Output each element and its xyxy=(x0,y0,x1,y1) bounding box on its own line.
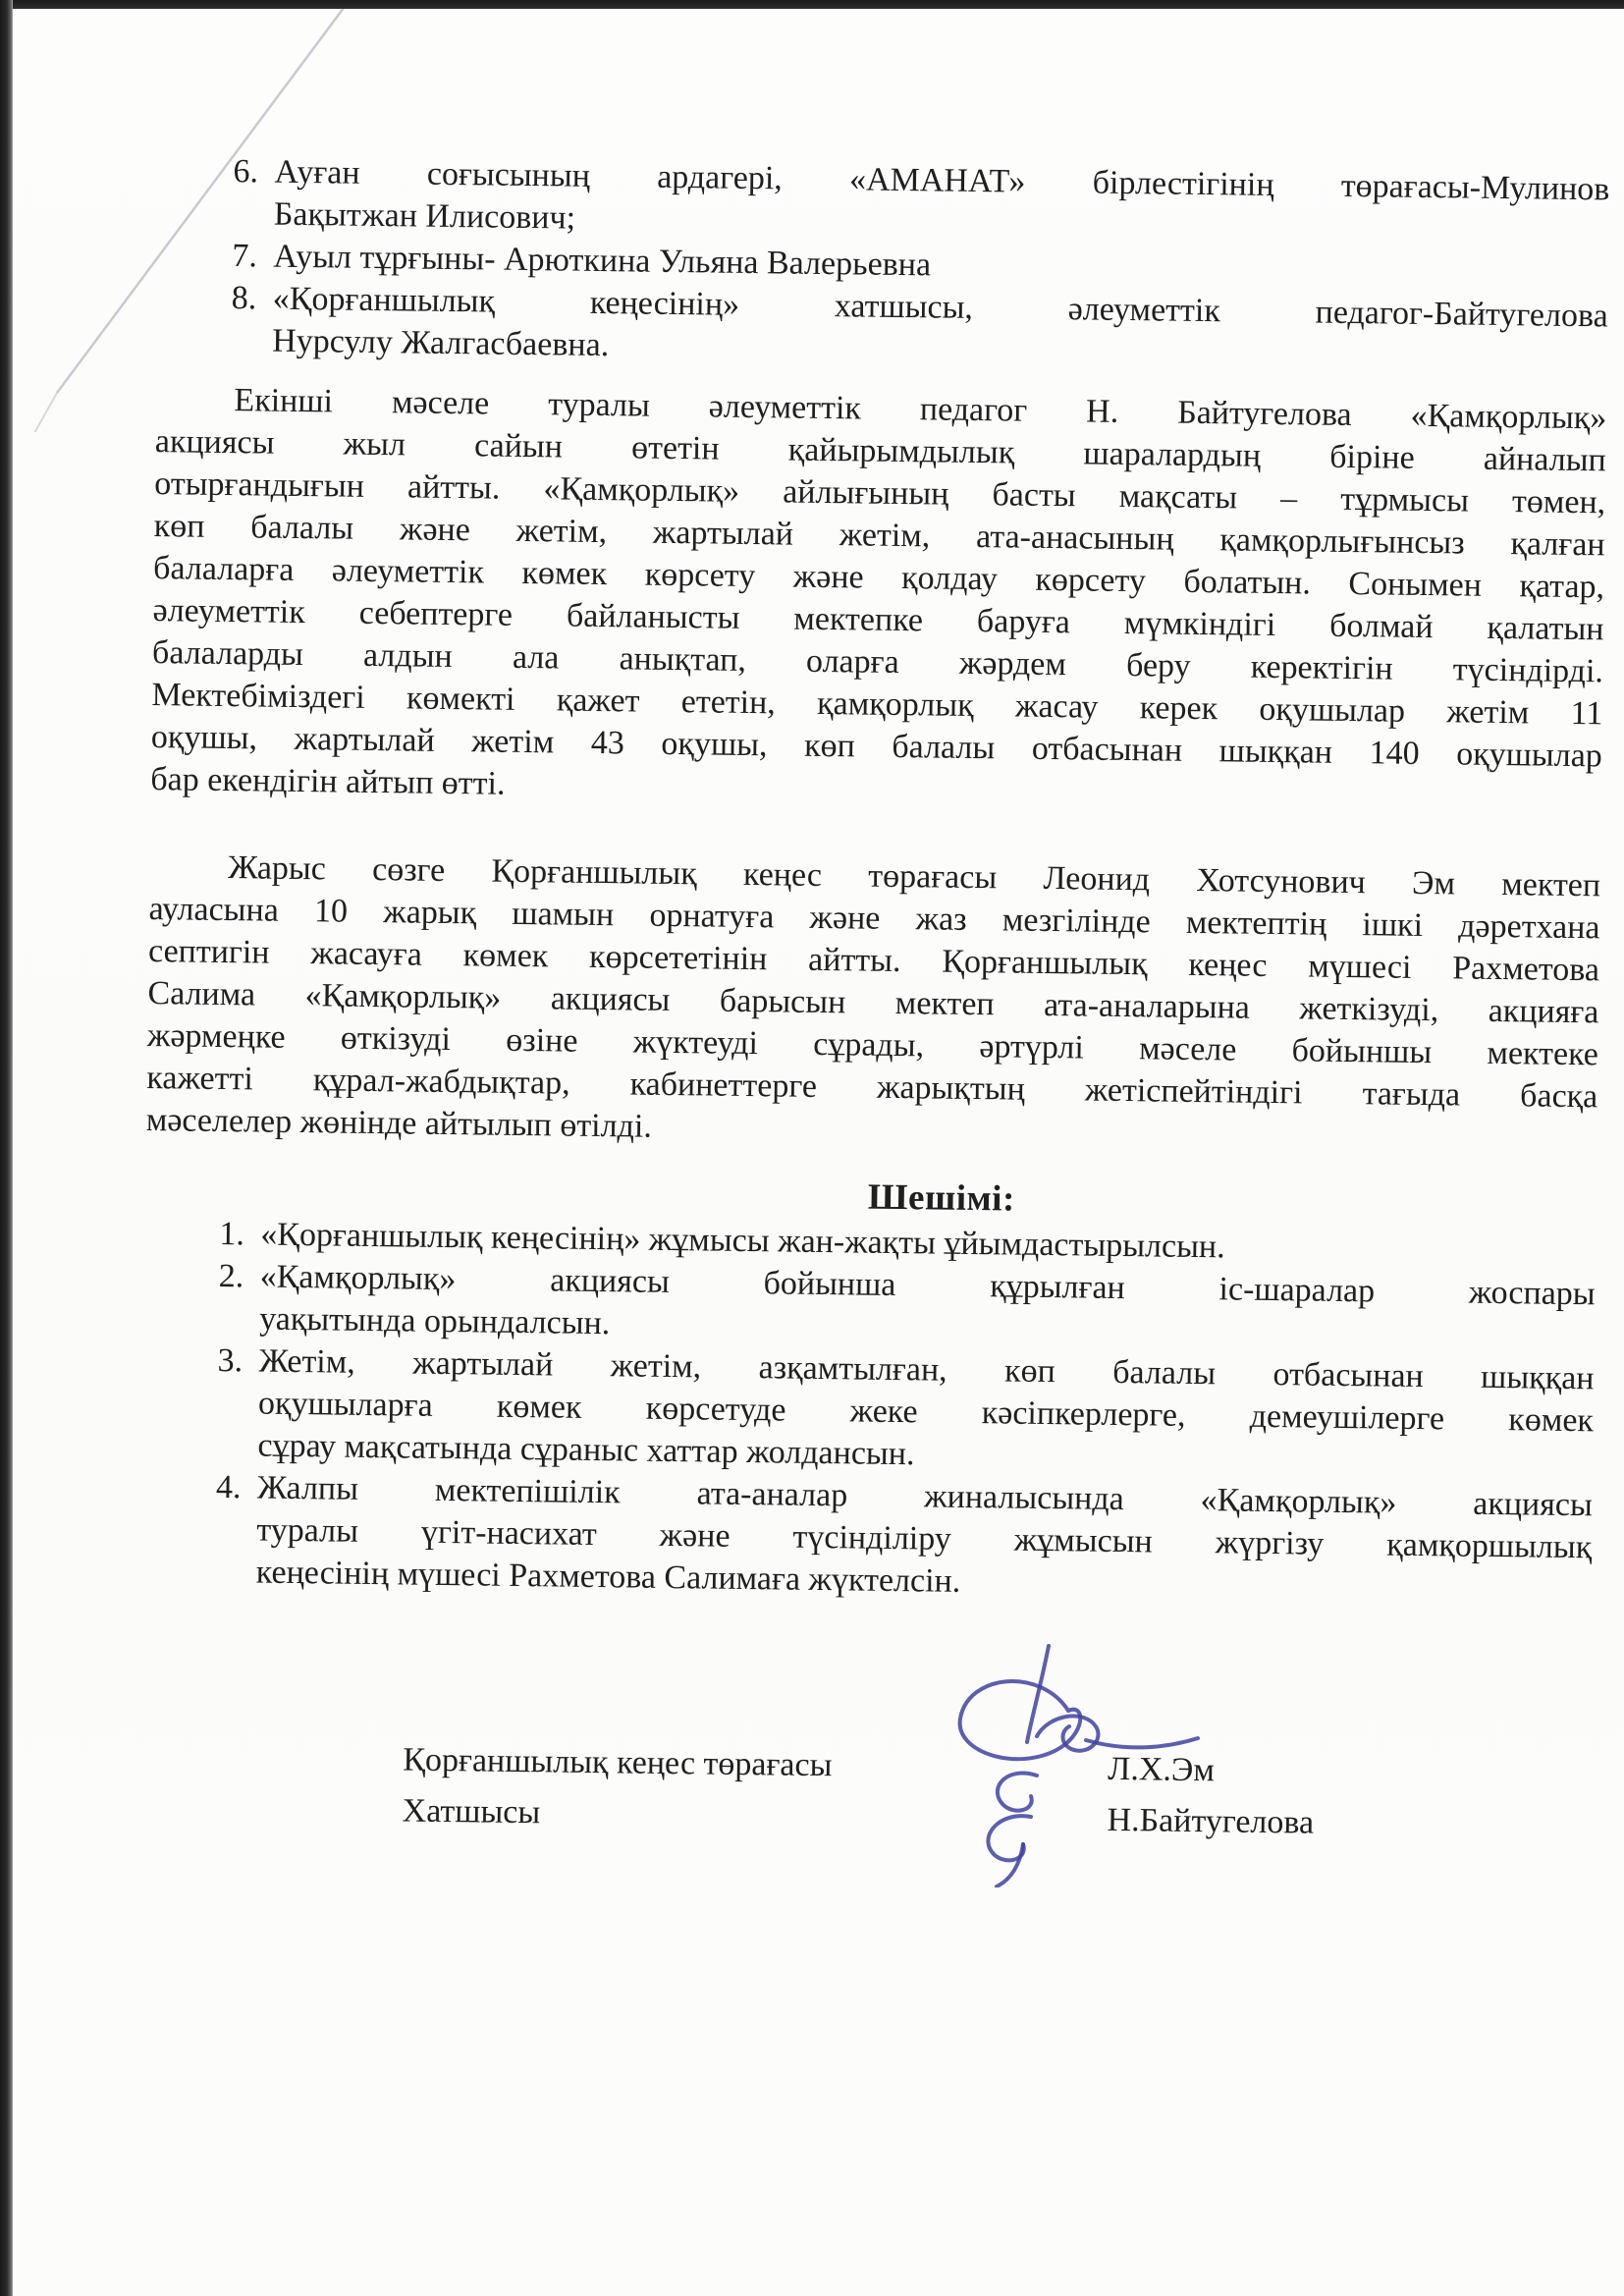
paragraph-second-issue: Екінші мәселе туралы әлеуметтік педагог … xyxy=(150,378,1607,819)
scanned-document-page: 6. Ауған соғысының ардагері, «АМАНАТ» бі… xyxy=(0,0,1624,2296)
list-marker: 4. xyxy=(216,1466,258,1509)
list-marker: 1. xyxy=(219,1213,261,1256)
list-marker: 7. xyxy=(232,235,274,278)
scan-edge-left xyxy=(0,0,13,2296)
list-item: 3. Жетім, жартылай жетім, азқамтылған, к… xyxy=(141,1339,1595,1484)
list-item: 4. Жалпы мектепішілік ата-аналар жиналыс… xyxy=(140,1465,1594,1611)
scan-edge-top xyxy=(0,0,1624,9)
list-item: 8. «Қорғаншылық кеңесінің» хатшысы, әлеу… xyxy=(156,276,1608,379)
signature-block: Қорғаншылық кеңес төрағасы Л.Х.Эм Хатшыс… xyxy=(136,1731,1589,1852)
participants-list: 6. Ауған соғысының ардагері, «АМАНАТ» бі… xyxy=(156,149,1610,379)
document-body: 6. Ауған соғысының ардагері, «АМАНАТ» бі… xyxy=(136,149,1609,1852)
list-marker: 8. xyxy=(232,277,274,320)
list-marker: 6. xyxy=(233,150,275,193)
list-marker: 3. xyxy=(217,1339,259,1383)
handwritten-signature-ink xyxy=(921,1642,1216,1887)
paragraph-debate: Жарыс сөзге Қорғаншылық кеңес төрағасы Л… xyxy=(146,846,1601,1160)
decision-list: 1. «Қорғаншылық кеңесінің» жұмысы жан-жа… xyxy=(140,1212,1597,1611)
list-marker: 2. xyxy=(218,1255,260,1298)
